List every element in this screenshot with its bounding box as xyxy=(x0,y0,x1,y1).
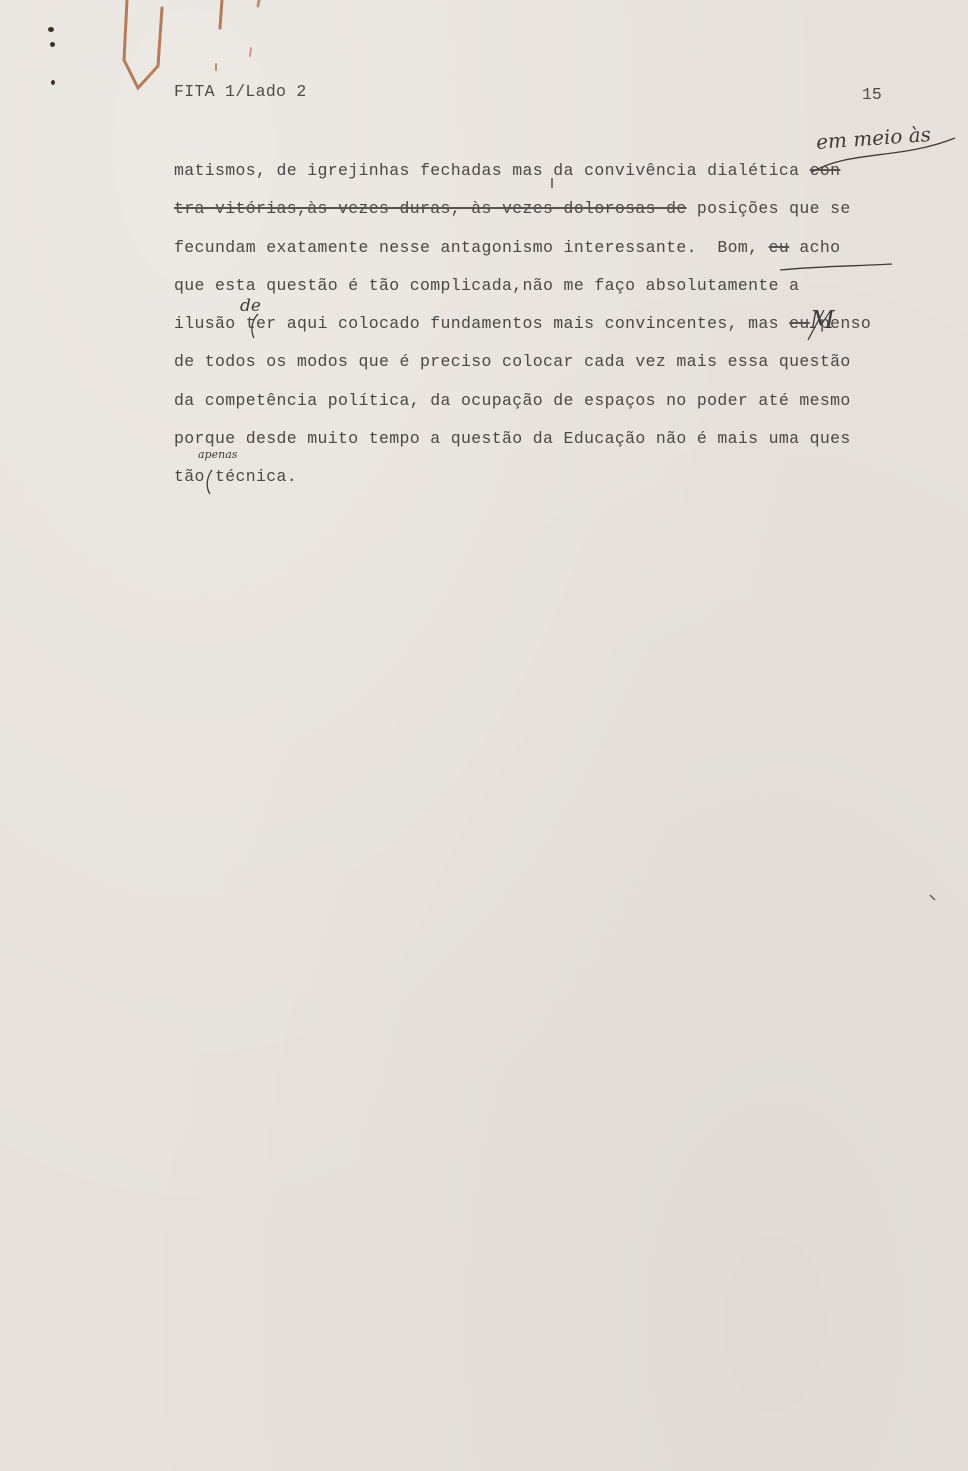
page-number: 15 xyxy=(862,85,882,104)
text-line: fecundam exatamente nesse antagonismo in… xyxy=(174,237,964,275)
typed-text: posições que se xyxy=(687,199,851,218)
typed-text: acho xyxy=(789,238,840,257)
struck-text: tra vitórias,às vezes duras, às vezes do… xyxy=(174,199,687,218)
tape-side-label: FITA 1/Lado 2 xyxy=(174,82,307,101)
document-page: FITA 1/Lado 2 15 em meio às de M apenas … xyxy=(0,0,968,1471)
text-line: ilusão ter aqui colocado fundamentos mai… xyxy=(174,313,964,351)
typed-text: da competência política, da ocupação de … xyxy=(174,391,851,410)
punch-mark xyxy=(48,27,54,32)
punch-mark xyxy=(51,80,55,85)
transcript-body: matismos, de igrejinhas fechadas mas da … xyxy=(174,160,964,505)
text-line: matismos, de igrejinhas fechadas mas da … xyxy=(174,160,964,198)
typed-text: fecundam exatamente nesse antagonismo in… xyxy=(174,238,769,257)
struck-text: eu xyxy=(789,314,810,333)
text-line: de todos os modos que é preciso colocar … xyxy=(174,351,964,389)
typed-text: matismos, de igrejinhas fechadas mas da … xyxy=(174,161,810,180)
typed-text: de todos os modos que é preciso colocar … xyxy=(174,352,851,371)
handwritten-insertion: em meio às xyxy=(815,122,931,154)
typed-text: penso xyxy=(810,314,872,333)
struck-text: con xyxy=(810,161,841,180)
text-line: da competência política, da ocupação de … xyxy=(174,390,964,428)
typed-text: tão técnica. xyxy=(174,467,297,486)
struck-text: eu xyxy=(769,238,790,257)
typed-text: porque desde muito tempo a questão da Ed… xyxy=(174,429,851,448)
text-line: porque desde muito tempo a questão da Ed… xyxy=(174,428,964,466)
text-line: tão técnica. xyxy=(174,466,964,504)
text-line: que esta questão é tão complicada,não me… xyxy=(174,275,964,313)
typed-text: que esta questão é tão complicada,não me… xyxy=(174,276,799,295)
text-line: tra vitórias,às vezes duras, às vezes do… xyxy=(174,198,964,236)
punch-mark xyxy=(50,42,55,47)
typed-text: ilusão ter aqui colocado fundamentos mai… xyxy=(174,314,789,333)
